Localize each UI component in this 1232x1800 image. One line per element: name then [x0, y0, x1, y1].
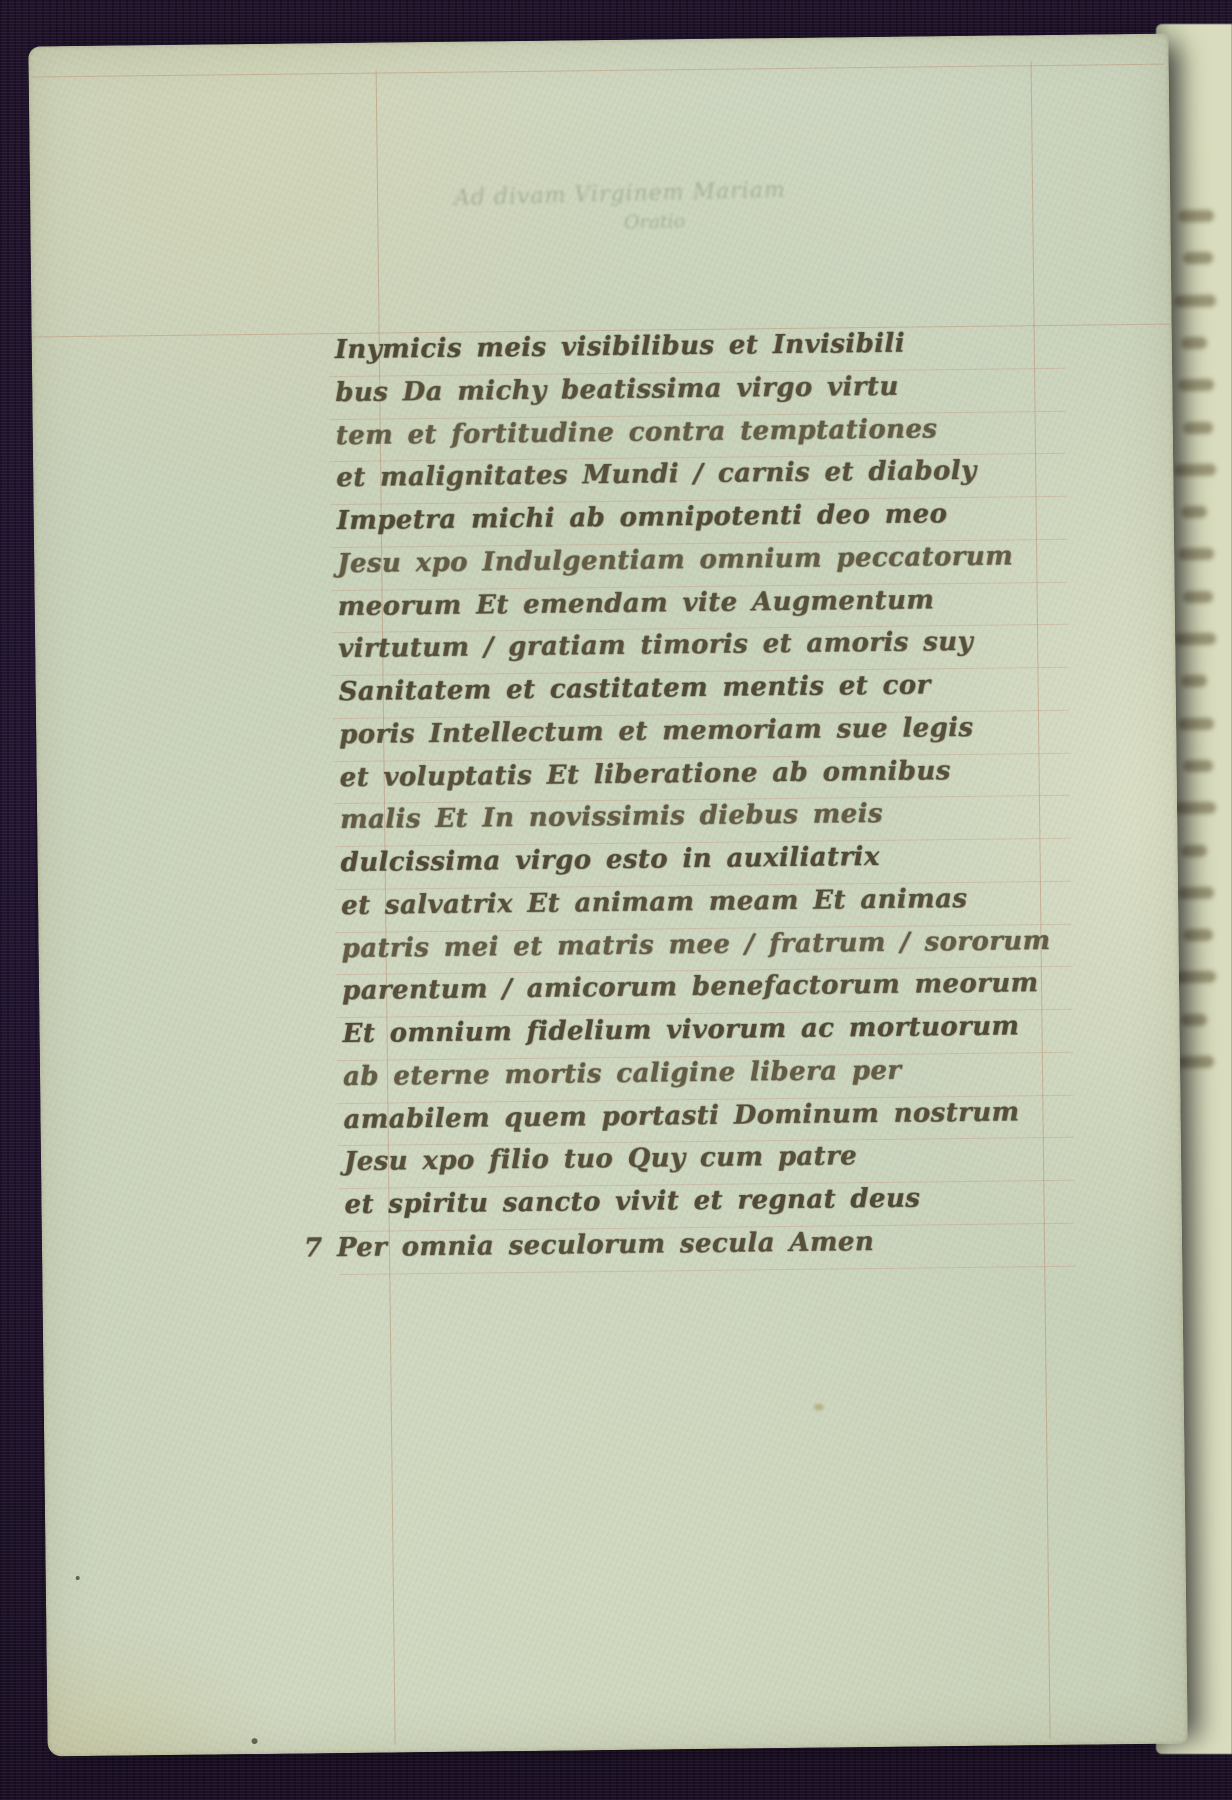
- manuscript-text-line: poris Intellectum et memoriam sue legis: [339, 708, 974, 755]
- manuscript-text-line: dulcissima virgo esto in auxiliatrix: [340, 837, 880, 883]
- blurred-text-mark: [1181, 506, 1207, 518]
- ruling-line: [1031, 61, 1051, 1739]
- blurred-text-mark: [1178, 210, 1214, 223]
- blurred-text-mark: [1178, 548, 1214, 561]
- manuscript-text-line: Jesu xpo Indulgentiam omnium peccatorum: [337, 536, 1013, 584]
- stain-speck: [252, 1738, 258, 1744]
- stain-speck: [76, 1576, 80, 1580]
- blurred-text-mark: [1178, 1056, 1214, 1069]
- ruling-line: [33, 64, 1165, 78]
- manuscript-text-line: virtutum / gratiam timoris et amoris suy: [338, 622, 973, 669]
- manuscript-text-line: et spiritu sancto vivit et regnat deus: [344, 1179, 920, 1226]
- stain-speck: [814, 1404, 824, 1411]
- blurred-text-mark: [1174, 463, 1216, 476]
- manuscript-text-line: parentum / amicorum benefactorum meorum: [342, 964, 1039, 1012]
- manuscript-text-line: meorum Et emendam vite Augmentum: [337, 580, 934, 627]
- blurred-text-mark: [1181, 844, 1207, 856]
- manuscript-text-line: amabilem quem portasti Dominum nostrum: [343, 1092, 1019, 1140]
- blurred-text-mark: [1178, 717, 1214, 730]
- blurred-text-mark: [1183, 252, 1213, 265]
- manuscript-text-line: 7 Per omnia seculorum secula Amen: [304, 1222, 875, 1268]
- blurred-text-mark: [1178, 886, 1214, 899]
- blurred-text-mark: [1181, 1013, 1207, 1025]
- manuscript-text-line: et salvatrix Et animam meam Et animas: [341, 879, 968, 926]
- blurred-text-mark: [1181, 337, 1207, 349]
- manuscript-text-line: malis Et In novissimis diebus meis: [340, 794, 883, 840]
- manuscript-text-line: et voluptatis Et liberatione ab omnibus: [339, 751, 951, 798]
- manuscript-text-line: patris mei et matris mee / fratrum / sor…: [341, 921, 1050, 969]
- blurred-text-mark: [1183, 929, 1213, 942]
- manuscript-text-line: ab eterne mortis caligine libera per: [343, 1051, 902, 1097]
- manuscript-text-line: bus Da michy beatissima virgo virtu: [335, 366, 899, 412]
- manuscript-text-line: et malignitates Mundi / carnis et diabol…: [336, 451, 977, 498]
- blurred-text-mark: [1183, 421, 1213, 434]
- blurred-text-mark: [1174, 802, 1216, 815]
- blurred-text-mark: [1183, 760, 1213, 773]
- manuscript-page: Ad divam Virginem Mariam Oratio Inymicis…: [28, 34, 1187, 1757]
- blurred-text-mark: [1183, 590, 1213, 603]
- manuscript-text-line: Impetra michi ab omnipotenti deo meo: [337, 494, 948, 541]
- manuscript-text-line: Et omnium fidelium vivorum ac mortuorum: [342, 1006, 1019, 1054]
- blurred-text-mark: [1181, 675, 1207, 687]
- faint-heading: Ad divam Virginem Mariam Oratio: [405, 174, 836, 241]
- manuscript-text-line: Sanitatem et castitatem mentis et cor: [338, 665, 930, 712]
- blurred-text-mark: [1174, 633, 1216, 646]
- ruling-line: [339, 1265, 1075, 1274]
- manuscript-text-line: tem et fortitudine contra temptationes: [336, 409, 938, 456]
- manuscript-text-line: Inymicis meis visibilibus et Invisibili: [335, 324, 906, 370]
- blurred-text-mark: [1174, 971, 1216, 984]
- manuscript-text-line: Jesu xpo filio tuo Quy cum patre: [344, 1137, 858, 1183]
- blurred-text-mark: [1174, 294, 1216, 307]
- blurred-text-mark: [1178, 379, 1214, 392]
